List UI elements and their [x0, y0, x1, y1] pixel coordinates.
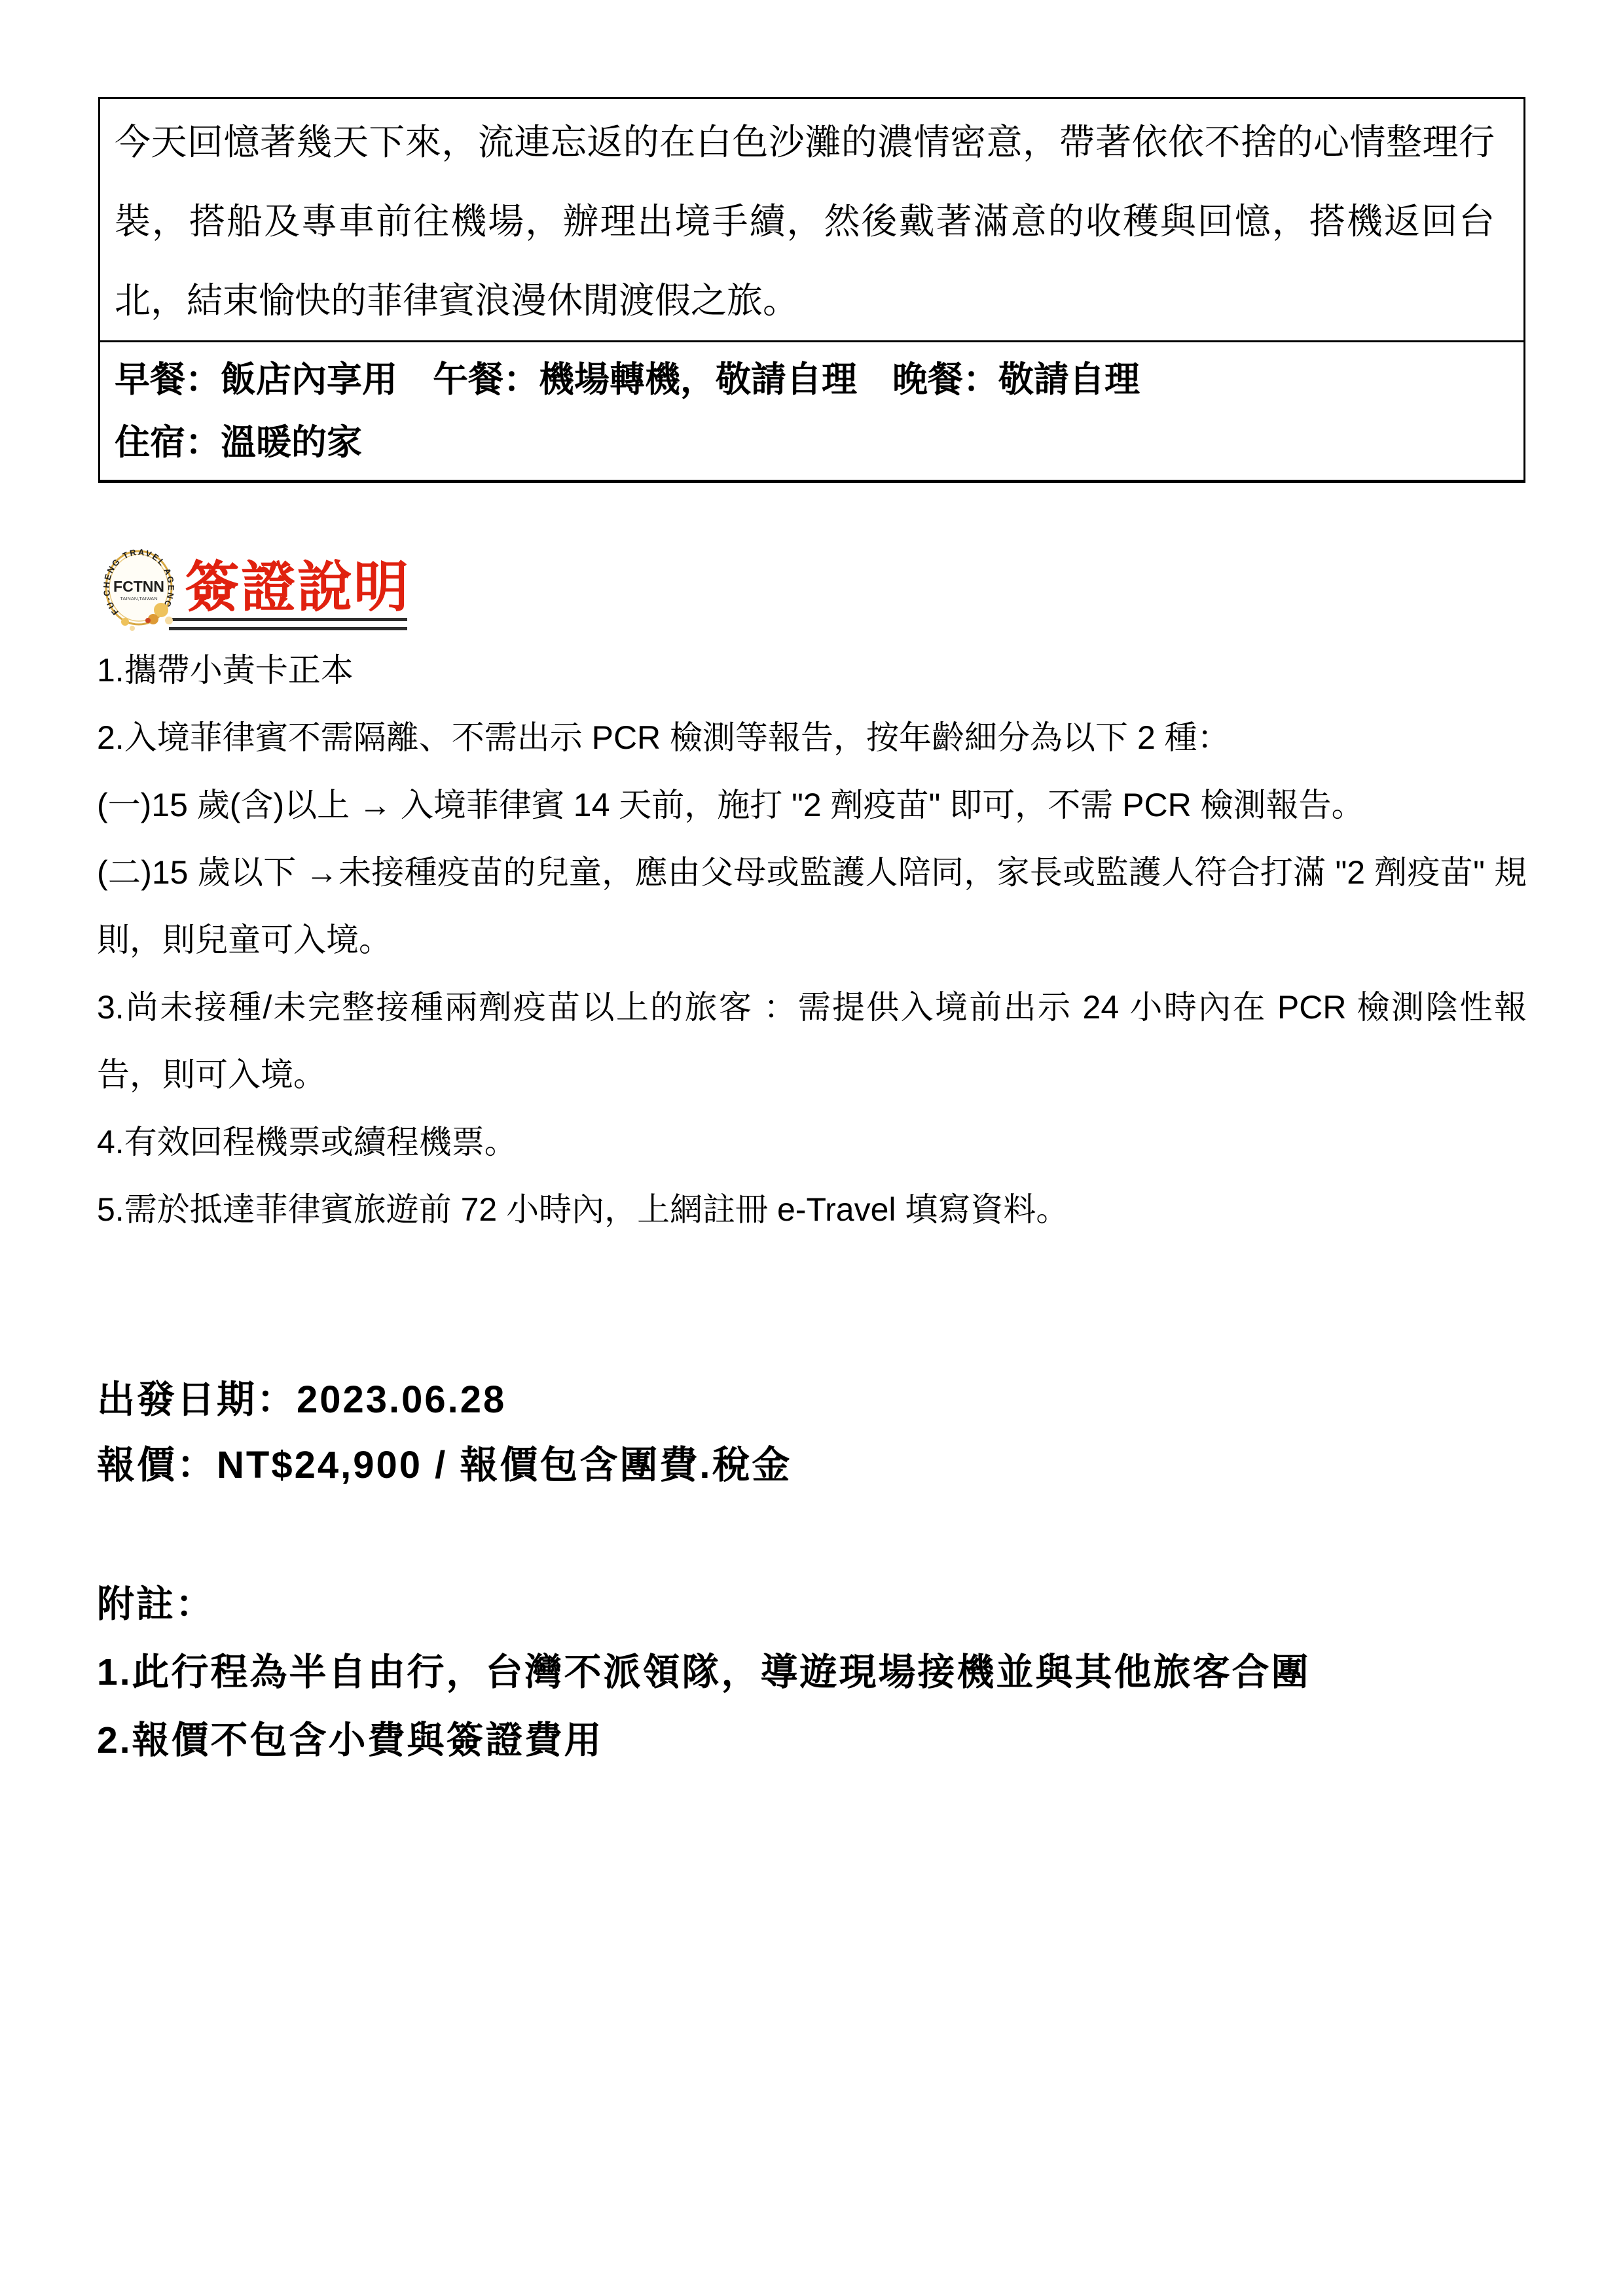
note-item-2: 2.報價不包含小費與簽證費用 [97, 1706, 1527, 1774]
visa-item-2a: (一)15 歲(含)以上 → 入境菲律賓 14 天前，施打 "2 劑疫苗" 即可… [97, 772, 1527, 839]
visa-item-5: 5.需於抵達菲律賓旅遊前 72 小時內，上網註冊 e-Travel 填寫資料。 [97, 1176, 1527, 1244]
logo-center-text: FCTNN [113, 578, 164, 595]
notes-block: 附註： 1.此行程為半自由行，台灣不派領隊，導遊現場接機並與其他旅客合團 2.報… [97, 1570, 1527, 1774]
note-item-1: 1.此行程為半自由行，台灣不派領隊，導遊現場接機並與其他旅客合團 [97, 1638, 1527, 1706]
visa-item-1: 1.攜帶小黃卡正本 [97, 637, 1527, 704]
itinerary-summary-table: 今天回憶著幾天下來，流連忘返的在白色沙灘的濃情密意，帶著依依不捨的心情整理行裝，… [98, 97, 1525, 483]
day-description-text: 今天回憶著幾天下來，流連忘返的在白色沙灘的濃情密意，帶著依依不捨的心情整理行裝，… [100, 99, 1523, 340]
visa-section-title: 簽證說明 [185, 543, 410, 622]
logo-sub-text: TAINAN,TAIWAN [120, 596, 157, 601]
price-line: 報價：NT$24,900 / 報價包含團費.稅金 [97, 1433, 1527, 1498]
meals-accommodation-row: 早餐：飯店內享用 午餐：機場轉機，敬請自理 晚餐：敬請自理 住宿：溫暖的家 [100, 340, 1523, 480]
visa-item-4: 4.有效回程機票或續程機票。 [97, 1109, 1527, 1176]
accommodation-line: 住宿：溫暖的家 [115, 411, 1507, 474]
visa-item-2: 2.入境菲律賓不需隔離、不需出示 PCR 檢測等報告，按年齡細分為以下 2 種： [97, 704, 1527, 772]
notes-title: 附註： [97, 1570, 1527, 1638]
departure-price-block: 出發日期：2023.06.28 報價：NT$24,900 / 報價包含團費.稅金 [97, 1367, 1527, 1498]
travel-itinerary-page: 今天回憶著幾天下來，流連忘返的在白色沙灘的濃情密意，帶著依依不捨的心情整理行裝，… [0, 0, 1623, 2296]
visa-requirements-list: 1.攜帶小黃卡正本 2.入境菲律賓不需隔離、不需出示 PCR 檢測等報告，按年齡… [97, 637, 1527, 1244]
meals-line: 早餐：飯店內享用 午餐：機場轉機，敬請自理 晚餐：敬請自理 [115, 348, 1507, 411]
visa-item-3: 3.尚未接種/未完整接種兩劑疫苗以上的旅客 ：需提供入境前出示 24 小時內在 … [97, 974, 1527, 1109]
underline-bar-bottom [169, 627, 407, 630]
fu-cheng-travel-agency-logo: FU-CHENG TRAVEL AGENCY FCTNN TAINAN,TAIW… [96, 538, 187, 643]
visa-item-2b: (二)15 歲以下 →未接種疫苗的兒童，應由父母或監護人陪同，家長或監護人符合打… [97, 839, 1527, 974]
departure-date-line: 出發日期：2023.06.28 [97, 1367, 1527, 1433]
